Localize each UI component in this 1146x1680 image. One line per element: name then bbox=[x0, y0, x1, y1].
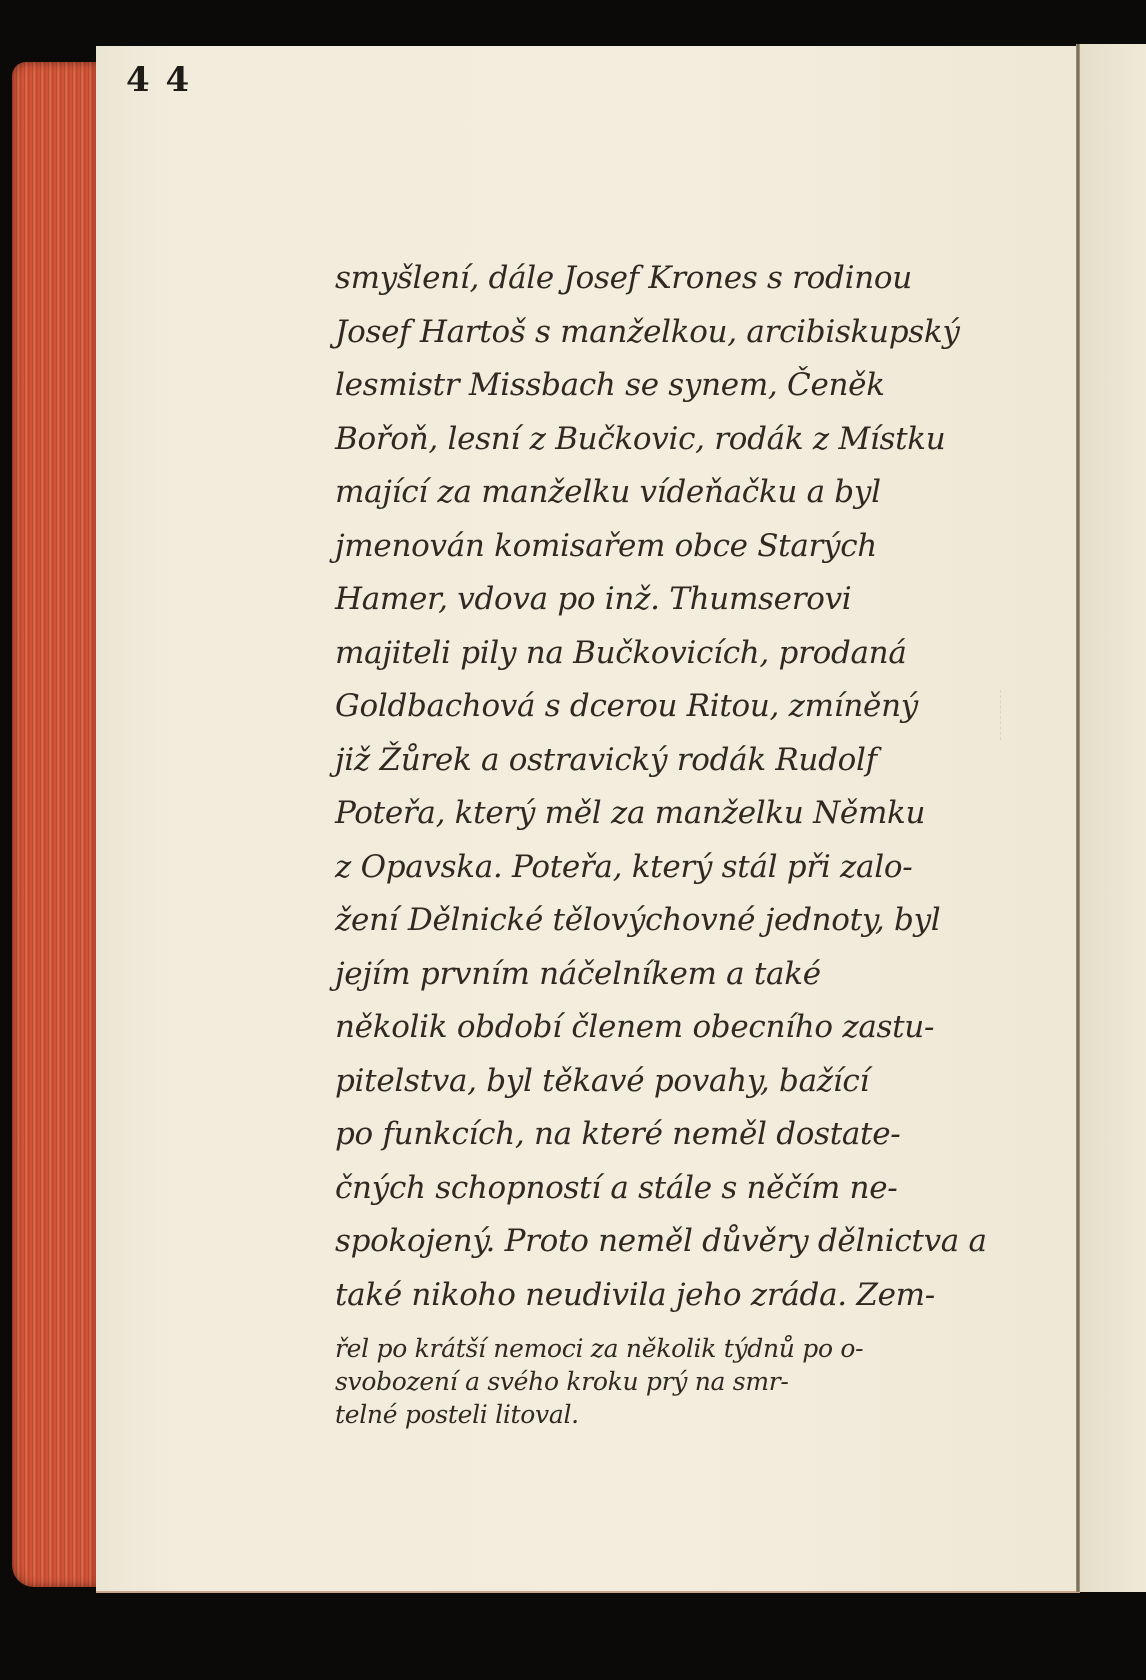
text-line: Bořoň, lesní z Bučkovic, rodák z Místku bbox=[335, 413, 975, 467]
text-line: jmenován komisařem obce Starých bbox=[335, 520, 975, 574]
text-line: po funkcích, na které neměl dostate- bbox=[335, 1108, 975, 1162]
bleed-through-mark bbox=[1000, 690, 1041, 740]
text-line-small: svobození a svého kroku prý na smr- bbox=[335, 1365, 975, 1398]
text-line: také nikoho neudivila jeho zráda. Zem- bbox=[335, 1269, 975, 1323]
text-line: několik období členem obecního zastu- bbox=[335, 1001, 975, 1055]
book-page-edges bbox=[12, 62, 98, 1587]
text-line: Poteřa, který měl za manželku Němku bbox=[335, 787, 975, 841]
text-line: lesmistr Missbach se synem, Čeněk bbox=[335, 359, 975, 413]
text-line-small: telné posteli litoval. bbox=[335, 1398, 975, 1431]
text-line: Goldbachová s dcerou Ritou, zmíněný bbox=[335, 680, 975, 734]
text-line: Josef Hartoš s manželkou, arcibiskupský bbox=[335, 306, 975, 360]
text-line: jejím prvním náčelníkem a také bbox=[335, 948, 975, 1002]
text-line: spokojený. Proto neměl důvěry dělnictva … bbox=[335, 1215, 975, 1269]
text-line: pitelstva, byl těkavé povahy, bažící bbox=[335, 1055, 975, 1109]
text-line: čných schopností a stále s něčím ne- bbox=[335, 1162, 975, 1216]
text-line: již Žůrek a ostravický rodák Rudolf bbox=[335, 734, 975, 788]
text-line: z Opavska. Poteřa, který stál při zalo- bbox=[335, 841, 975, 895]
text-line-small: řel po krátší nemoci za několik týdnů po… bbox=[335, 1332, 975, 1365]
text-line: Hamer, vdova po inž. Thumserovi bbox=[335, 573, 975, 627]
page-number: 4 4 bbox=[126, 60, 191, 100]
text-line: žení Dělnické tělovýchovné jednoty, byl bbox=[335, 894, 975, 948]
handwritten-text-block: smyšlení, dále Josef Krones s rodinou Jo… bbox=[335, 252, 975, 1431]
text-line: majiteli pily na Bučkovicích, prodaná bbox=[335, 627, 975, 681]
text-line: smyšlení, dále Josef Krones s rodinou bbox=[335, 252, 975, 306]
right-page-edge bbox=[1080, 44, 1146, 1592]
text-line: mající za manželku vídeňačku a byl bbox=[335, 466, 975, 520]
